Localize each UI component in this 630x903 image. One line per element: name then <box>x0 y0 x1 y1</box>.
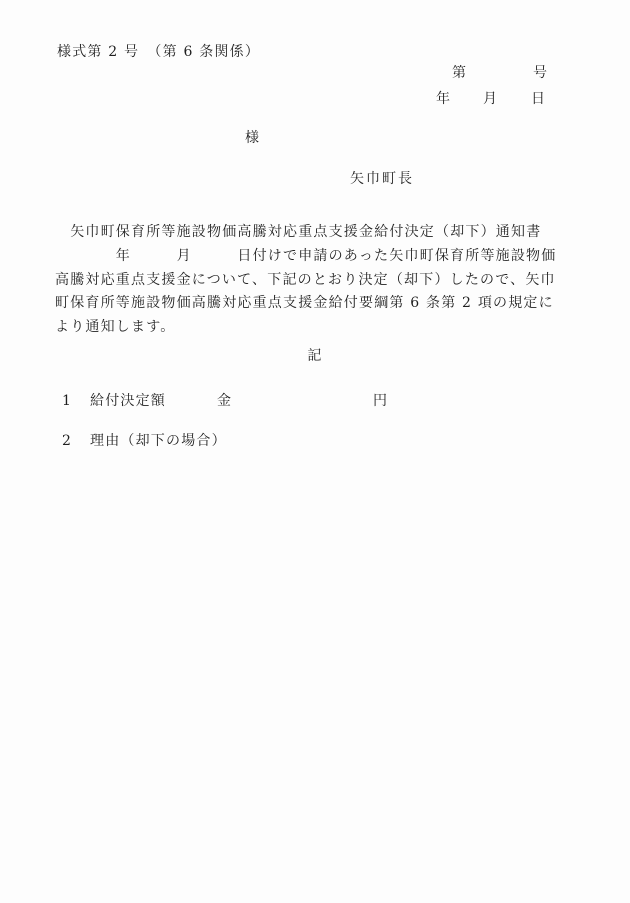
item-1-amount-unit: 円 <box>373 391 388 411</box>
document-number-suffix: 号 <box>533 63 548 83</box>
item-2-number: 2 <box>62 431 72 451</box>
item-1-label: 給付決定額 <box>90 391 166 411</box>
record-marker: 記 <box>0 346 630 366</box>
item-1-number: 1 <box>62 391 72 411</box>
document-number-prefix: 第 <box>452 63 467 83</box>
body-line-4: 町保育所等施設物価高騰対応重点支援金給付要綱第 6 条第 2 項の規定に <box>55 293 554 313</box>
document-page: 様式第 2 号 （第 6 条関係） 第 号 年 月 日 様 矢巾町長 矢巾町保育… <box>0 0 630 903</box>
item-1-amount-prefix: 金 <box>217 391 232 411</box>
addressee-honorific: 様 <box>245 128 260 148</box>
notice-title: 矢巾町保育所等施設物価高騰対応重点支援金給付決定（却下）通知書 <box>55 222 541 242</box>
body-line-5: より通知します。 <box>55 317 175 337</box>
body-line-2: 年 月 日付けで申請のあった矢巾町保育所等施設物価 <box>55 246 556 266</box>
sender-name: 矢巾町長 <box>350 169 414 189</box>
date-day-label: 日 <box>531 89 546 109</box>
date-month-label: 月 <box>483 89 498 109</box>
date-year-label: 年 <box>436 89 451 109</box>
form-label: 様式第 2 号 （第 6 条関係） <box>57 42 260 62</box>
body-line-3: 高騰対応重点支援金について、下記のとおり決定（却下）したので、矢巾 <box>55 270 556 290</box>
item-2-label: 理由（却下の場合） <box>90 431 227 451</box>
